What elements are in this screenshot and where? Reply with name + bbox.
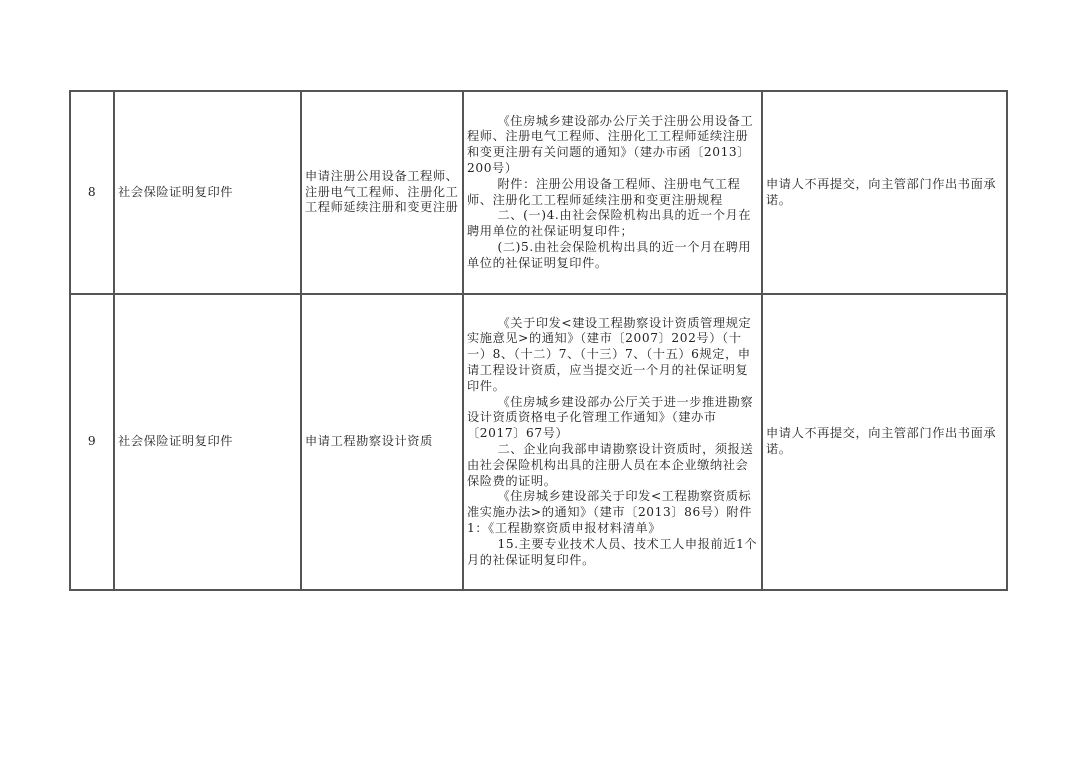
basis-paragraph: 《住房城乡建设部关于印发<工程勘察资质标准实施办法>的通知》（建市〔2013〕8… <box>467 489 758 536</box>
material-name: 社会保险证明复印件 <box>114 91 301 294</box>
basis-paragraph: (二)5.由社会保险机构出具的近一个月在聘用单位的社保证明复印件。 <box>467 240 758 272</box>
basis-paragraph: 《住房城乡建设部办公厅关于进一步推进勘察设计资质资格电子化管理工作通知》（建办市… <box>467 395 758 442</box>
material-name: 社会保险证明复印件 <box>114 294 301 590</box>
row-number: 8 <box>70 91 114 294</box>
table-row: 8 社会保险证明复印件 申请注册公用设备工程师、注册电气工程师、注册化工工程师延… <box>70 91 1007 294</box>
row-number: 9 <box>70 294 114 590</box>
basis-paragraph: 15.主要专业技术人员、技术工人申报前近1个月的社保证明复印件。 <box>467 537 758 569</box>
basis-paragraph: 《关于印发<建设工程勘察设计资质管理规定实施意见>的通知》（建市〔2007〕20… <box>467 316 758 395</box>
certification-table: 8 社会保险证明复印件 申请注册公用设备工程师、注册电气工程师、注册化工工程师延… <box>69 90 1008 591</box>
matter-name: 申请工程勘察设计资质 <box>301 294 463 590</box>
basis-paragraph: 附件：注册公用设备工程师、注册电气工程师、注册化工工程师延续注册和变更注册规程 <box>467 177 758 209</box>
handling-method: 申请人不再提交，向主管部门作出书面承诺。 <box>762 294 1007 590</box>
basis-paragraph: 二、企业向我部申请勘察设计资质时，须报送由社会保险机构出具的注册人员在本企业缴纳… <box>467 442 758 489</box>
legal-basis: 《住房城乡建设部办公厅关于注册公用设备工程师、注册电气工程师、注册化工工程师延续… <box>463 91 762 294</box>
handling-method: 申请人不再提交，向主管部门作出书面承诺。 <box>762 91 1007 294</box>
legal-basis: 《关于印发<建设工程勘察设计资质管理规定实施意见>的通知》（建市〔2007〕20… <box>463 294 762 590</box>
table-row: 9 社会保险证明复印件 申请工程勘察设计资质 《关于印发<建设工程勘察设计资质管… <box>70 294 1007 590</box>
basis-paragraph: 二、(一)4.由社会保险机构出具的近一个月在聘用单位的社保证明复印件； <box>467 208 758 240</box>
matter-name: 申请注册公用设备工程师、注册电气工程师、注册化工工程师延续注册和变更注册 <box>301 91 463 294</box>
basis-paragraph: 《住房城乡建设部办公厅关于注册公用设备工程师、注册电气工程师、注册化工工程师延续… <box>467 114 758 177</box>
